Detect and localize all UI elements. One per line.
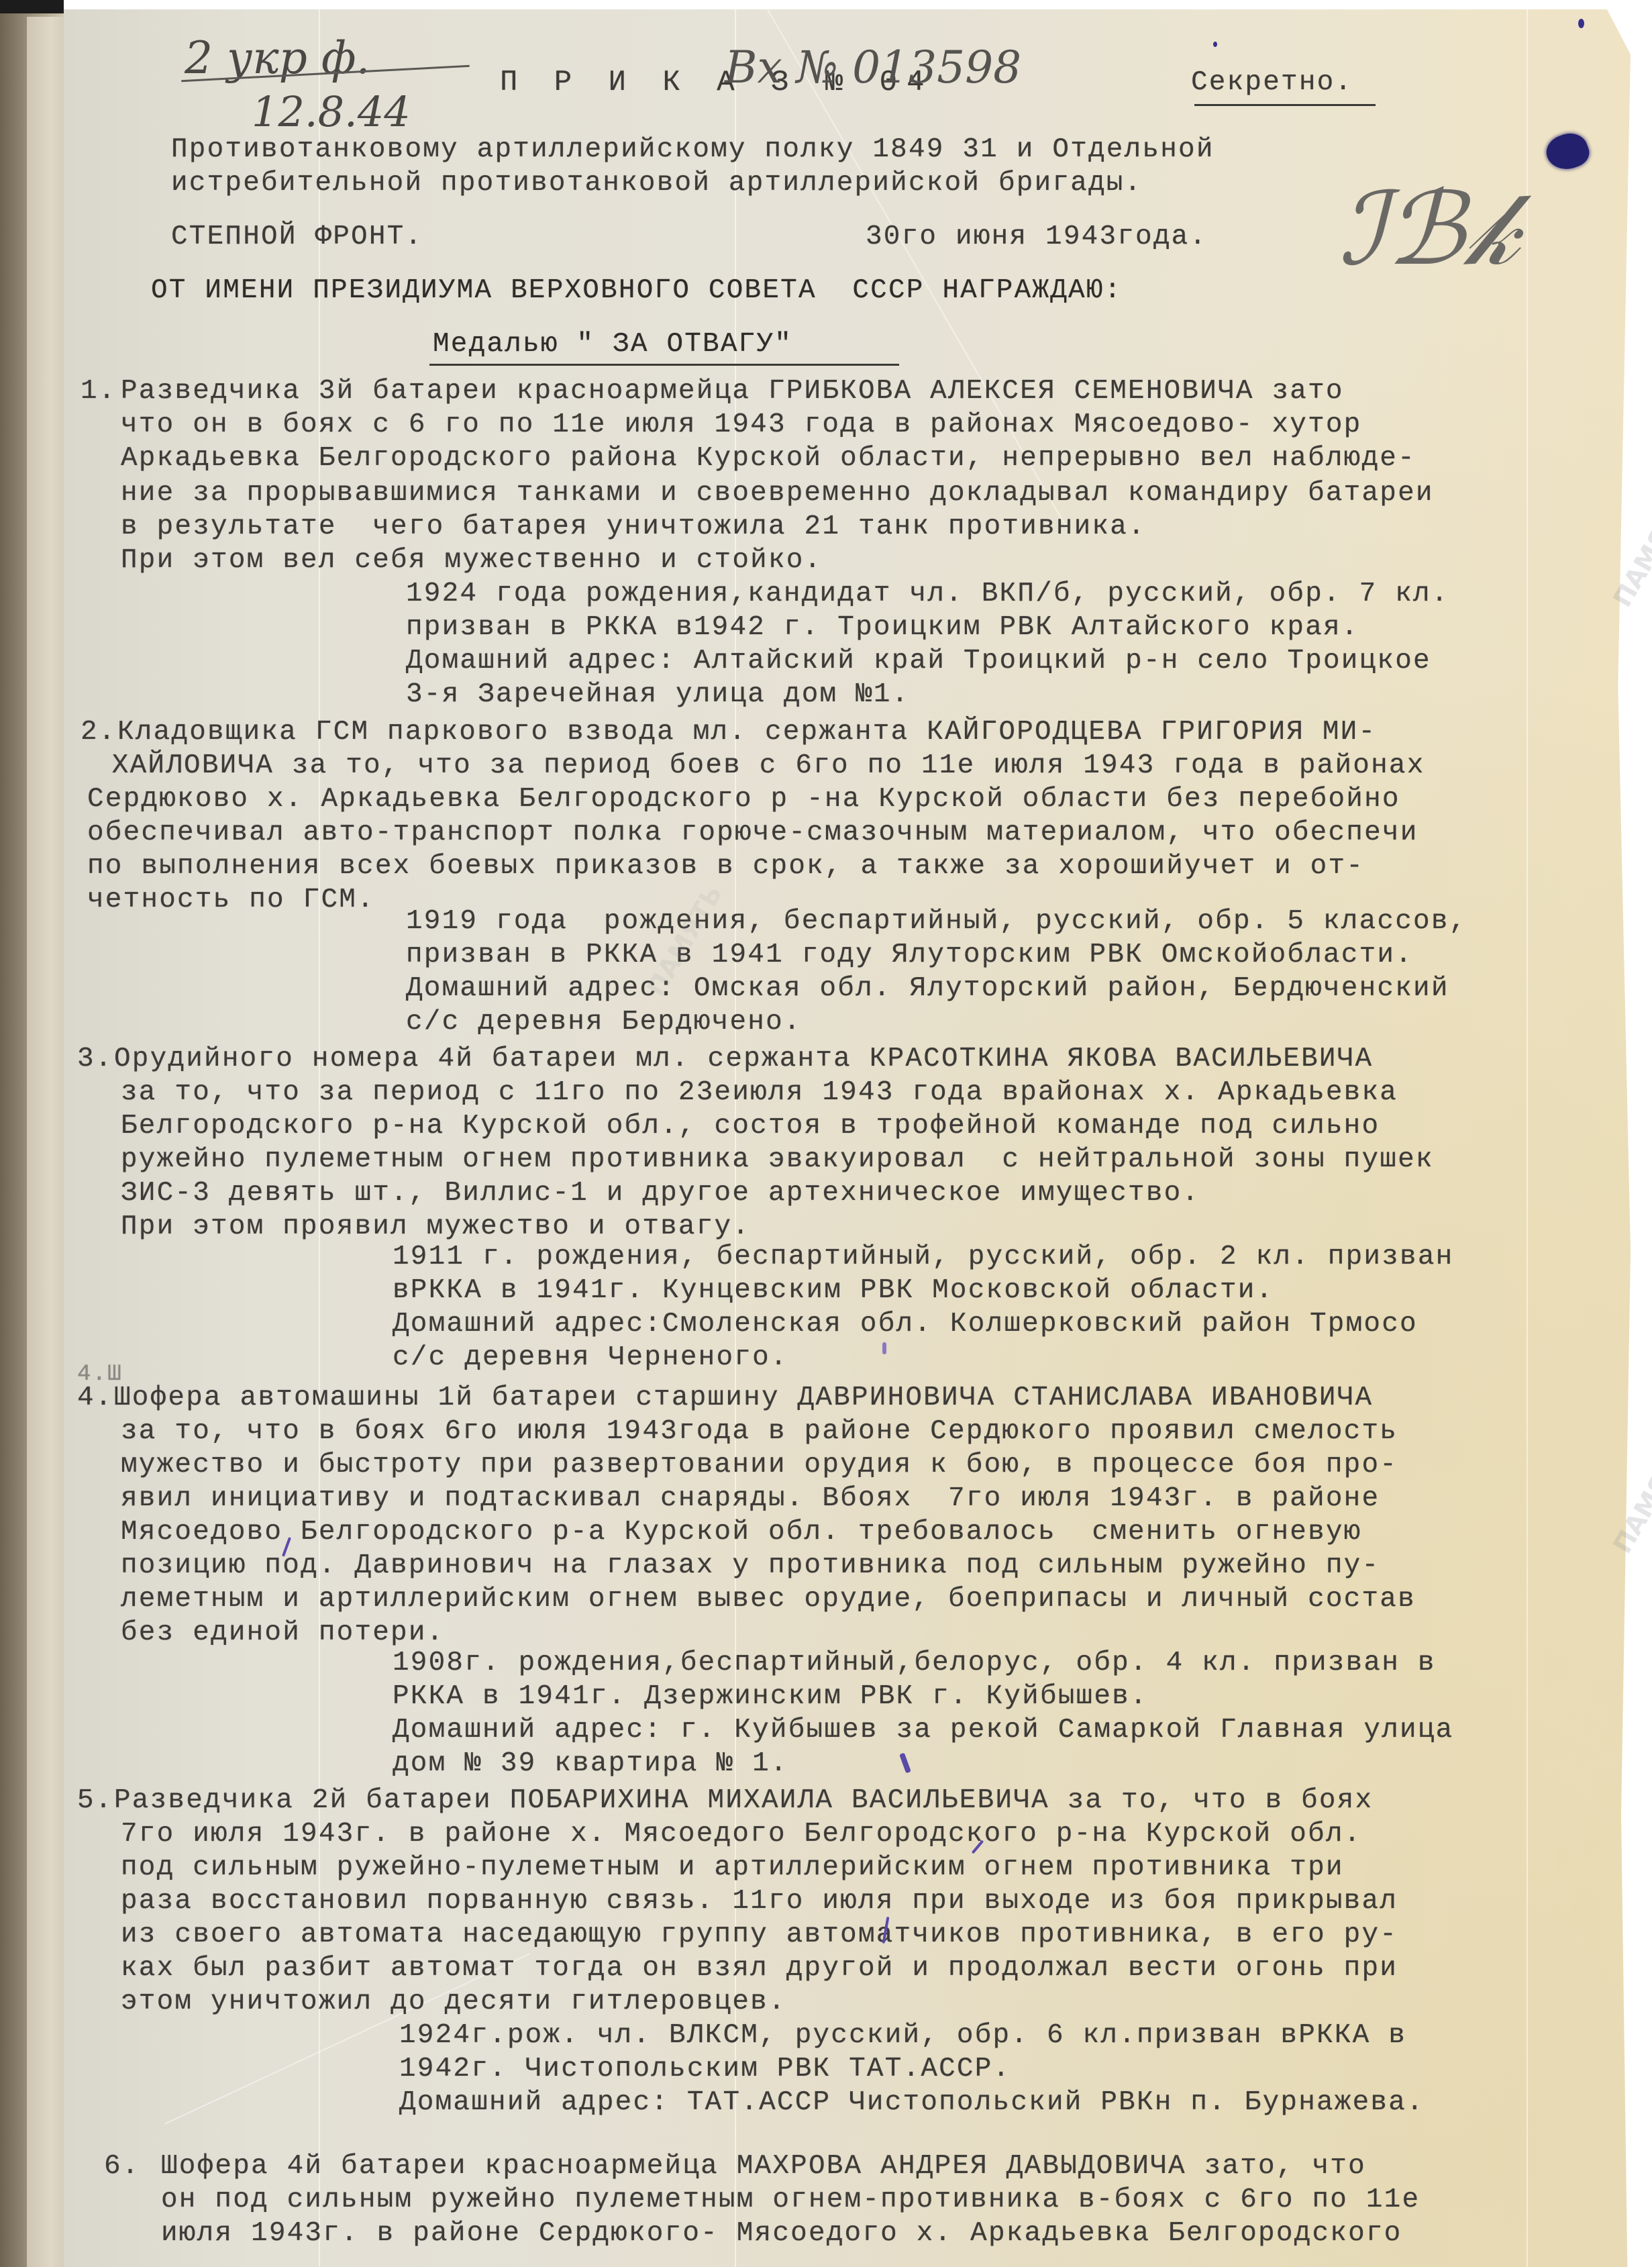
entry-line: четность по ГСМ. (87, 885, 375, 916)
entry-line: по выполнения всех боевых приказов в сро… (87, 851, 1364, 883)
entry-detail: с/с деревня Черненого. (393, 1342, 788, 1374)
entry-detail: Домашний адрес: Алтайский край Троицкий … (406, 646, 1431, 677)
entry-number: 4. (77, 1382, 113, 1414)
entry-line: июля 1943г. в районе Сердюкого- Мясоедог… (161, 2218, 1402, 2250)
entry-line: ружейно пулеметным огнем противника эвак… (121, 1144, 1434, 1176)
entry-line: мужество и быстроту при развертовании ор… (121, 1450, 1398, 1481)
entry-number: 5. (77, 1785, 113, 1817)
front-name: СТЕПНОЙ ФРОНТ. (171, 221, 423, 253)
handwritten-order-number: Вх № 013598 (725, 42, 1021, 93)
entry-detail: 1924 года рождения,кандидат чл. ВКП/б, р… (406, 578, 1449, 610)
ink-dot (1578, 19, 1584, 28)
entry-line: раза восстановил порванную связь. 11го и… (121, 1886, 1398, 1917)
entry-number: 6. (104, 2151, 140, 2182)
entry-detail: 3-я Заречейная улица дом №1. (406, 679, 910, 711)
classification-label: Секретно. (1191, 67, 1353, 99)
entry-detail: призван в РККА в 1941 году Ялуторским РВ… (406, 940, 1413, 971)
binding-strip (27, 17, 67, 2267)
entry-line: этом уничтожил до десяти гитлеровцев. (121, 1986, 786, 2018)
entry-line: Шофера 4й батареи красноармейца МАХРОВА … (161, 2151, 1366, 2182)
entry-line: Белгородского р-на Курской обл., состоя … (121, 1111, 1380, 1142)
entry-detail: Домашний адрес:Смоленская обл. Колшерков… (393, 1309, 1418, 1340)
entry-line: за то, что за период с 11го по 23еиюля 1… (121, 1077, 1398, 1109)
entry-detail: РККА в 1941г. Дзержинским РВК г. Куйбыше… (393, 1681, 1148, 1713)
entry-line: леметным и артиллерийским огнем вывес ор… (121, 1584, 1416, 1615)
entry-detail: 1924г.рож. чл. ВЛКСМ, русский, обр. 6 кл… (399, 2020, 1406, 2052)
entry-detail: призван в РККА в1942 г. Троицким РВК Алт… (406, 612, 1359, 644)
scanned-document: 2 укр ф. 12.8.44 ℐℬ𝓀 П Р И К А З № 04 Вх… (0, 0, 1652, 2267)
entry-line: Шофера автомашины 1й батареи старшину ДА… (114, 1382, 1373, 1414)
entry-detail: 1919 года рождения, беспартийный, русски… (406, 906, 1467, 938)
entry-line: Разведчика 3й батареи красноармейца ГРИБ… (121, 376, 1344, 407)
ink-dot (1213, 42, 1217, 47)
entry-line: за то, что в боях 6го июля 1943года в ра… (121, 1416, 1398, 1448)
entry-line: Аркадьевка Белгородского района Курской … (121, 443, 1416, 474)
entry-detail: Домашний адрес: г. Куйбышев за рекой Сам… (393, 1715, 1453, 1746)
entry-line: 7го июля 1943г. в районе х. Мясоедого Бе… (121, 1819, 1361, 1850)
entry-line: ЗИС-3 девять шт., Виллис-1 и другое арте… (121, 1178, 1200, 1209)
entry-detail: 1942г. Чистопольским РВК ТАТ.АССР. (399, 2054, 1011, 2085)
addressee-line-2: истребительной противотанковой артиллери… (171, 168, 1142, 199)
entry-detail: дом № 39 квартира № 1. (393, 1748, 788, 1780)
entry-line: явил инициативу и подтаскивал снаряды. В… (121, 1483, 1380, 1515)
entry-line: из своего автомата наседающую группу авт… (121, 1919, 1398, 1951)
classification-underline (1194, 104, 1376, 106)
entry-line: ках был разбит автомат тогда он взял дру… (121, 1953, 1398, 1984)
ink-stroke (882, 1342, 886, 1354)
entry-line: При этом вел себя мужественно и стойко. (121, 545, 822, 576)
entry-number: 1. (81, 376, 117, 407)
entry-line: обеспечивал авто-транспорт полка горюче-… (87, 817, 1418, 849)
entry-line: При этом проявил мужество и отвагу. (121, 1211, 750, 1243)
entry-detail: 1908г. рождения,беспартийный,белорус, об… (393, 1648, 1436, 1679)
addressee-line-1: Противотанковому артиллерийскому полку 1… (171, 134, 1215, 166)
entry-detail: Домашний адрес: Омская обл. Ялуторский р… (406, 973, 1449, 1005)
preamble: ОТ ИМЕНИ ПРЕЗИДИУМА ВЕРХОВНОГО СОВЕТА СС… (151, 275, 1122, 307)
entry-detail: вРККА в 1941г. Кунцевским РВК Московской… (393, 1275, 1274, 1307)
entry-line: Орудийного номера 4й батареи мл. сержант… (114, 1044, 1373, 1075)
entry-detail: 1911 г. рождения, беспартийный, русский,… (393, 1242, 1453, 1273)
entry-number: 2. (81, 717, 117, 748)
entry-line: что он в боях с 6 го по 11е июля 1943 го… (121, 409, 1361, 441)
handwritten-signature: ℐℬ𝓀 (1339, 171, 1519, 290)
entry-line: в результате чего батарея уничтожила 21 … (121, 511, 1146, 543)
entry-line: позицию под. Давринович на глазах у прот… (121, 1550, 1380, 1582)
entry-line: ХАЙЛОВИЧА за то, что за период боев с 6г… (94, 750, 1425, 782)
paper-fold (1527, 9, 1528, 2267)
entry-line: под сильным ружейно-пулеметным и артилле… (121, 1852, 1344, 1884)
entry-line: Разведчика 2й батареи ПОБАРИХИНА МИХАИЛА… (114, 1785, 1373, 1817)
entry-detail: с/с деревня Бердючено. (406, 1007, 802, 1038)
entry-number: 3. (77, 1044, 113, 1075)
entry-detail: Домашний адрес: ТАТ.АССР Чистопольский Р… (399, 2087, 1425, 2119)
award-name: Медалью " ЗА ОТВАГУ" (433, 329, 792, 360)
entry-line: он под сильным ружейно пулеметным огнем-… (161, 2184, 1420, 2216)
entry-line: Мясоедово Белгородского р-а Курской обл.… (121, 1517, 1361, 1548)
entry-line: Кладовщика ГСМ паркового взвода мл. серж… (117, 717, 1376, 748)
entry-line: ние за прорывавшимися танками и своеврем… (121, 478, 1434, 509)
handwritten-date: 12.8.44 (252, 87, 411, 136)
entry-line: Сердюково х. Аркадьевка Белгородского р … (87, 784, 1400, 815)
order-date: 30го июня 1943года. (866, 221, 1207, 253)
award-underline (429, 364, 899, 366)
entry-line: без единой потери. (121, 1617, 444, 1649)
